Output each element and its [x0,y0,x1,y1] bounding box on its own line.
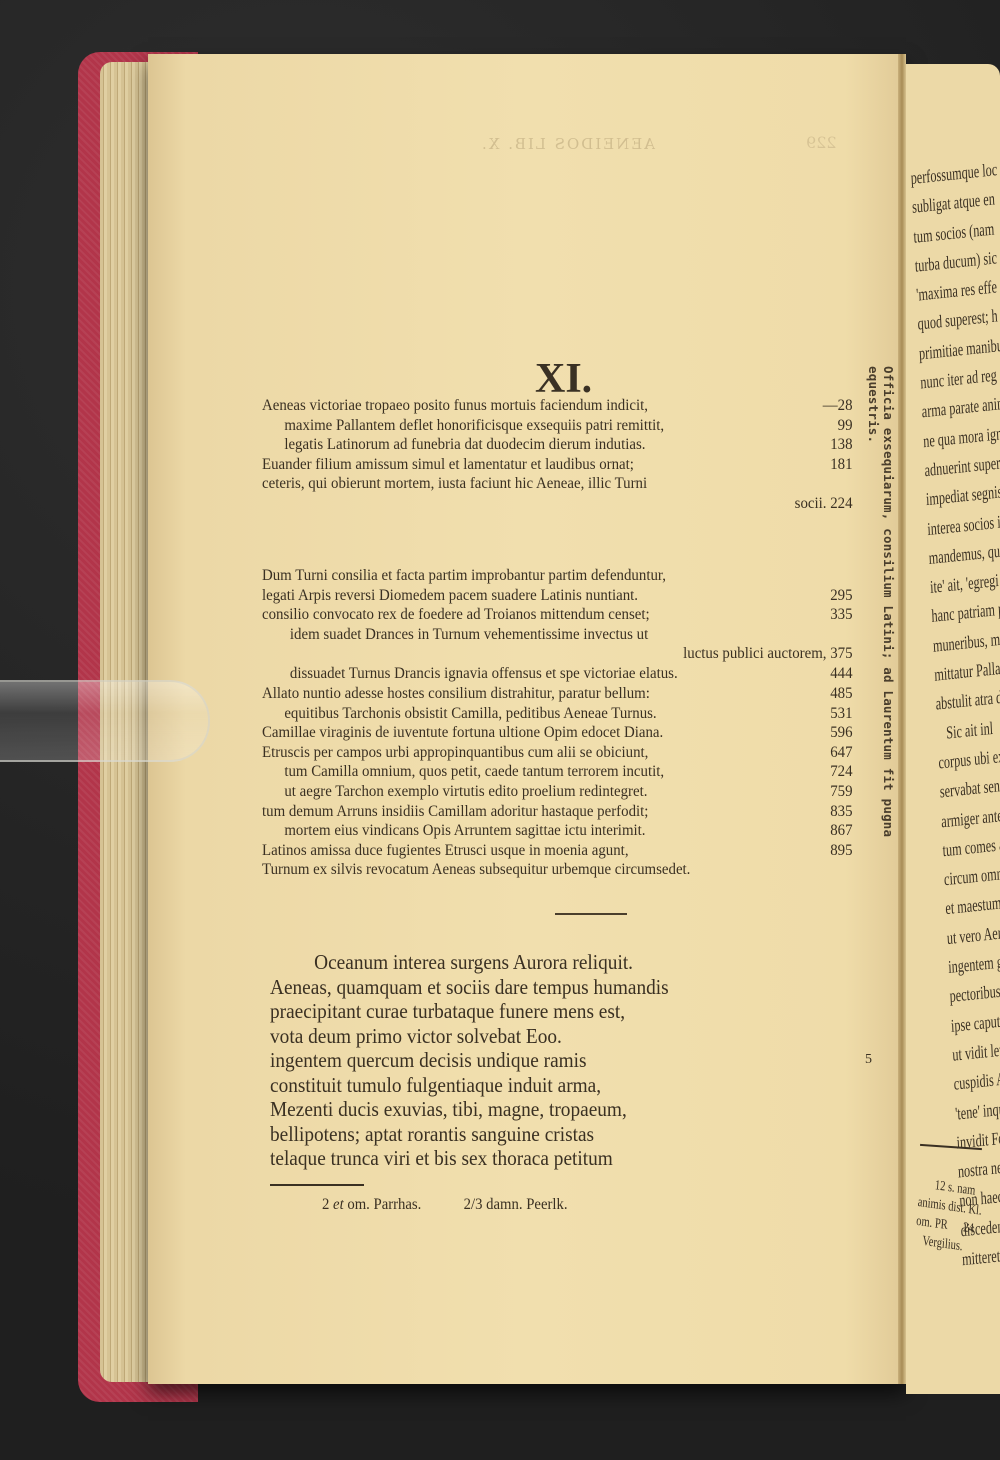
summary-line: ceteris, qui obierunt mortem, iusta faci… [262,474,853,494]
summary-line: Dum Turni consilia et facta partim impro… [262,566,853,586]
right-page-apparatus: 12 s. namanimis dist. Kl.om. PR 24 Vergi… [914,1174,984,1259]
verse-line: Aeneas, quamquam et sociis dare tempus h… [270,975,669,1000]
verse-line: vota deum primo victor solvebat Eoo. [270,1024,669,1049]
summary-line: equitibus Tarchonis obsistit Camilla, pe… [262,704,853,724]
summary-block-3: Allato nuntio adesse hostes consilium di… [262,684,853,880]
footnote-text: om. Parrhas. [347,1196,421,1213]
page-number-showthrough: 229 [806,133,837,152]
summary-line: consilio convocato rex de foedere ad Tro… [262,605,853,625]
critical-apparatus: 2 et om. Parrhas.2/3 damn. Peerlk. [322,1196,568,1214]
summary-line: Euander filium amissum simul et lamentat… [262,455,853,475]
summary-line: legati Arpis reversi Diomedem pacem suad… [262,586,853,606]
summary-line: maxime Pallantem deflet honorificisque e… [262,416,853,436]
verse-line: Oceanum interea surgens Aurora reliquit. [270,950,669,975]
right-page: perfossumque locsubligat atque entum soc… [906,64,1000,1394]
summary-line: Etruscis per campos urbi appropinquantib… [262,743,853,763]
verse-line: telaque trunca viri et bis sex thoraca p… [270,1146,669,1171]
section-divider [555,913,627,915]
verse-line: bellipotens; aptat rorantis sanguine cri… [270,1122,669,1147]
footnote-rule [270,1184,364,1186]
running-head-showthrough: AENEIDOS LIB. X. [480,135,655,153]
summary-line: mortem eius vindicans Opis Arruntem sagi… [262,821,853,841]
footnote-lemma: et [333,1196,344,1213]
book-gutter [898,54,906,1384]
verse-line: constituit tumulo fulgentiaque induit ar… [270,1073,669,1098]
marginal-side-note: Officia exsequiarum, consilium Latini; a… [876,366,896,866]
summary-line: dissuadet Turnus Drancis ignavia offensu… [262,664,853,684]
footnote-text: 2/3 damn. Peerlk. [464,1196,568,1213]
summary-line: Latinos amissa duce fugientes Etrusci us… [262,841,853,861]
summary-line: luctus publici auctorem, 375 [262,644,853,664]
summary-line: Aeneas victoriae tropaeo posito funus mo… [262,396,853,416]
summary-line: legatis Latinorum ad funebria dat duodec… [262,435,853,455]
summary-line: tum Camilla omnium, quos petit, caede ta… [262,762,853,782]
summary-line: tum demum Arruns insidiis Camillam adori… [262,802,853,822]
summary-line: idem suadet Drances in Turnum vehementis… [262,625,853,645]
summary-line: Turnum ex silvis revocatum Aeneas subseq… [262,860,853,880]
verse-line-number: 5 [865,1052,872,1068]
summary-block-2: Dum Turni consilia et facta partim impro… [262,566,853,684]
verse-line: praecipitant curae turbataque funere men… [270,999,669,1024]
right-page-verse: perfossumque locsubligat atque entum soc… [910,155,1000,1274]
verse-line: ingentem quercum decisis undique ramis [270,1048,669,1073]
transparent-bookmark[interactable] [0,680,210,762]
summary-line: socii. 224 [262,494,853,514]
summary-line: Camillae viraginis de iuventute fortuna … [262,723,853,743]
verse-text: Oceanum interea surgens Aurora reliquit.… [270,950,669,1171]
footnote-number: 2 [322,1196,329,1213]
summary-line: ut aegre Tarchon exemplo virtutis edito … [262,782,853,802]
verse-line: Mezenti ducis exuvias, tibi, magne, trop… [270,1097,669,1122]
summary-line: Allato nuntio adesse hostes consilium di… [262,684,853,704]
summary-block-1: Aeneas victoriae tropaeo posito funus mo… [262,396,853,514]
